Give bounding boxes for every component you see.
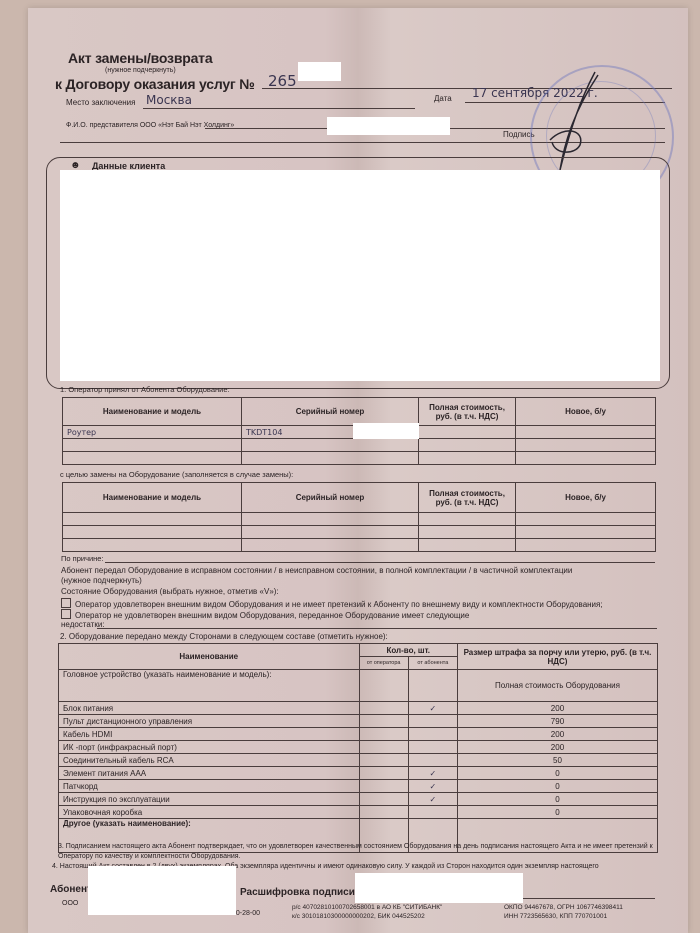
table-row: Упаковочная коробка0 — [59, 806, 658, 819]
item-fine: 200 — [457, 702, 657, 715]
doc-title: Акт замены/возврата — [68, 50, 212, 66]
qty-from-operator[interactable] — [359, 806, 408, 819]
item-fine: 790 — [457, 715, 657, 728]
col-name-model: Наименование и модель — [63, 398, 242, 426]
item-name: Пульт дистанционного управления — [59, 715, 360, 728]
qty-from-subscriber[interactable] — [408, 754, 457, 767]
item-name: Патчкорд — [59, 780, 360, 793]
table-row: Соединительный кабель RCA50 — [59, 754, 658, 767]
transferred-equipment-table: Наименование Кол-во, шт. Размер штрафа з… — [58, 643, 658, 853]
table-row — [63, 452, 656, 465]
item-name: Блок питания — [59, 702, 360, 715]
qty-from-operator[interactable] — [359, 741, 408, 754]
col-from-operator: от оператора — [359, 657, 408, 670]
subscriber-label: Абонент — [50, 884, 92, 895]
condition-title: Состояние Оборудования (выбрать нужное, … — [61, 586, 279, 597]
redacted-serial-suffix — [353, 423, 419, 439]
qty-from-subscriber[interactable]: ✓ — [408, 702, 457, 715]
item-name: Упаковочная коробка — [59, 806, 360, 819]
cell[interactable] — [242, 513, 419, 526]
col-cost: Полная стоимость, руб. (в т.ч. НДС) — [419, 398, 516, 426]
table-row: Кабель HDMI200 — [59, 728, 658, 741]
table-row: Инструкция по эксплуатации✓0 — [59, 793, 658, 806]
table-row: ИК -порт (инфракрасный порт)200 — [59, 741, 658, 754]
replacement-title: с целью замены на Оборудование (заполняе… — [60, 470, 293, 479]
item-fine: 0 — [457, 793, 657, 806]
org-short: ООО — [62, 900, 78, 907]
cell[interactable] — [516, 439, 656, 452]
checkbox-satisfied[interactable] — [61, 598, 71, 608]
item-fine: 0 — [457, 767, 657, 780]
col-condition: Новое, б/у — [516, 483, 656, 513]
col-qty: Кол-во, шт. — [359, 644, 457, 657]
col-serial: Серийный номер — [242, 483, 419, 513]
option-1-label: Оператор удовлетворен внешним видом Обор… — [75, 600, 603, 609]
cell[interactable] — [516, 526, 656, 539]
item-name: Соединительный кабель RCA — [59, 754, 360, 767]
cell[interactable] — [63, 439, 242, 452]
redacted-decode-value — [355, 873, 523, 903]
col-condition: Новое, б/у — [516, 398, 656, 426]
table-row: Блок питания✓200 — [59, 702, 658, 715]
qty-from-operator[interactable] — [359, 702, 408, 715]
contract-title: к Договору оказания услуг № — [55, 76, 255, 92]
cell[interactable] — [242, 526, 419, 539]
qty-from-subscriber[interactable]: ✓ — [408, 793, 457, 806]
col-from-subscriber: от абонента — [408, 657, 457, 670]
qty-from-subscriber[interactable] — [408, 741, 457, 754]
paragraph-3: 3. Подписанием настоящего акта Абонент п… — [58, 842, 663, 862]
qty-from-operator[interactable] — [359, 793, 408, 806]
reg-line-2: ИНН 7723565630, КПП 770701001 — [504, 913, 607, 920]
state-text: Абонент передал Оборудование в исправном… — [61, 565, 661, 576]
qty-from-operator[interactable] — [359, 767, 408, 780]
qty-from-operator[interactable] — [359, 728, 408, 741]
table-row: Патчкорд✓0 — [59, 780, 658, 793]
qty-from-operator[interactable] — [359, 780, 408, 793]
item-fine: 200 — [457, 741, 657, 754]
cell[interactable] — [419, 452, 516, 465]
redacted-rep-name — [327, 117, 450, 135]
item-fine: 0 — [457, 780, 657, 793]
section2-title: 2. Оборудование передано между Сторонами… — [60, 632, 388, 641]
qty-from-operator[interactable] — [359, 715, 408, 728]
col-name: Наименование — [59, 644, 360, 670]
cell[interactable] — [242, 452, 419, 465]
item-name: ИК -порт (инфракрасный порт) — [59, 741, 360, 754]
condition-option-2[interactable]: Оператор не удовлетворен внешним видом О… — [61, 609, 469, 621]
cell-condition[interactable] — [516, 426, 656, 439]
table-row — [63, 439, 656, 452]
col-fine: Размер штрафа за порчу или утерю, руб. (… — [457, 644, 657, 670]
date-label: Дата — [434, 94, 452, 103]
table-row — [63, 539, 656, 552]
bank-line-2: к/с 30101810300000000202, БИК 044525202 — [292, 913, 425, 920]
place-line — [143, 108, 415, 109]
decode-label: Расшифровка подписи — [240, 887, 355, 898]
cell[interactable] — [516, 513, 656, 526]
title-note: (нужное подчеркнуть) — [105, 67, 176, 74]
defects-line[interactable] — [97, 628, 657, 629]
cell[interactable] — [359, 670, 408, 702]
cell[interactable] — [516, 452, 656, 465]
place-label: Место заключения — [66, 98, 135, 107]
qty-from-subscriber[interactable] — [408, 715, 457, 728]
col-name-model: Наименование и модель — [63, 483, 242, 513]
item-name: Инструкция по эксплуатации — [59, 793, 360, 806]
place-value: Москва — [146, 93, 192, 107]
cell[interactable] — [408, 670, 457, 702]
cell[interactable] — [419, 526, 516, 539]
replacement-equipment-table: Наименование и модель Серийный номер Пол… — [62, 482, 656, 552]
cell-cost[interactable] — [419, 426, 516, 439]
cell[interactable] — [63, 526, 242, 539]
cell[interactable] — [242, 439, 419, 452]
cell-equipment-name[interactable]: Роутер — [63, 426, 242, 439]
qty-from-subscriber[interactable] — [408, 806, 457, 819]
item-name: Элемент питания ААА — [59, 767, 360, 780]
head-device-label: Головное устройство (указать наименовани… — [59, 670, 360, 702]
cell[interactable] — [242, 539, 419, 552]
cell[interactable] — [63, 452, 242, 465]
item-fine: 0 — [457, 806, 657, 819]
col-serial: Серийный номер — [242, 398, 419, 426]
item-fine: 50 — [457, 754, 657, 767]
reason-label: По причине: — [61, 554, 104, 563]
redacted-client-data — [60, 170, 660, 381]
qty-from-subscriber[interactable]: ✓ — [408, 767, 457, 780]
table-row: Элемент питания ААА✓0 — [59, 767, 658, 780]
cell[interactable] — [63, 539, 242, 552]
table-row: Пульт дистанционного управления790 — [59, 715, 658, 728]
col-cost: Полная стоимость, руб. (в т.ч. НДС) — [419, 483, 516, 513]
state-note: (нужное подчеркнуть) — [61, 575, 142, 586]
table-row — [63, 513, 656, 526]
cell[interactable] — [419, 539, 516, 552]
redacted-contract-suffix — [298, 62, 341, 81]
section1-title: 1. Оператор принял от Абонента Оборудова… — [60, 385, 230, 394]
item-name: Кабель HDMI — [59, 728, 360, 741]
item-fine: 200 — [457, 728, 657, 741]
qty-from-subscriber[interactable]: ✓ — [408, 780, 457, 793]
option-2-label: Оператор не удовлетворен внешним видом О… — [75, 611, 469, 620]
qty-from-subscriber[interactable] — [408, 728, 457, 741]
redacted-subscriber-signature — [88, 866, 236, 915]
phone-tail: 80-28-00 — [232, 910, 260, 917]
head-device-fine: Полная стоимость Оборудования — [457, 670, 657, 702]
table-row — [63, 526, 656, 539]
reg-line-1: ОКПО 94467678, ОГРН 1067746398411 — [504, 904, 623, 911]
qty-from-operator[interactable] — [359, 754, 408, 767]
cell[interactable] — [516, 539, 656, 552]
cell[interactable] — [419, 439, 516, 452]
bank-line-1: р/с 40702810100702658001 в АО КБ "СИТИБА… — [292, 904, 442, 911]
checkbox-not-satisfied[interactable] — [61, 609, 71, 619]
cell[interactable] — [63, 513, 242, 526]
reason-line[interactable] — [105, 562, 655, 563]
cell[interactable] — [419, 513, 516, 526]
